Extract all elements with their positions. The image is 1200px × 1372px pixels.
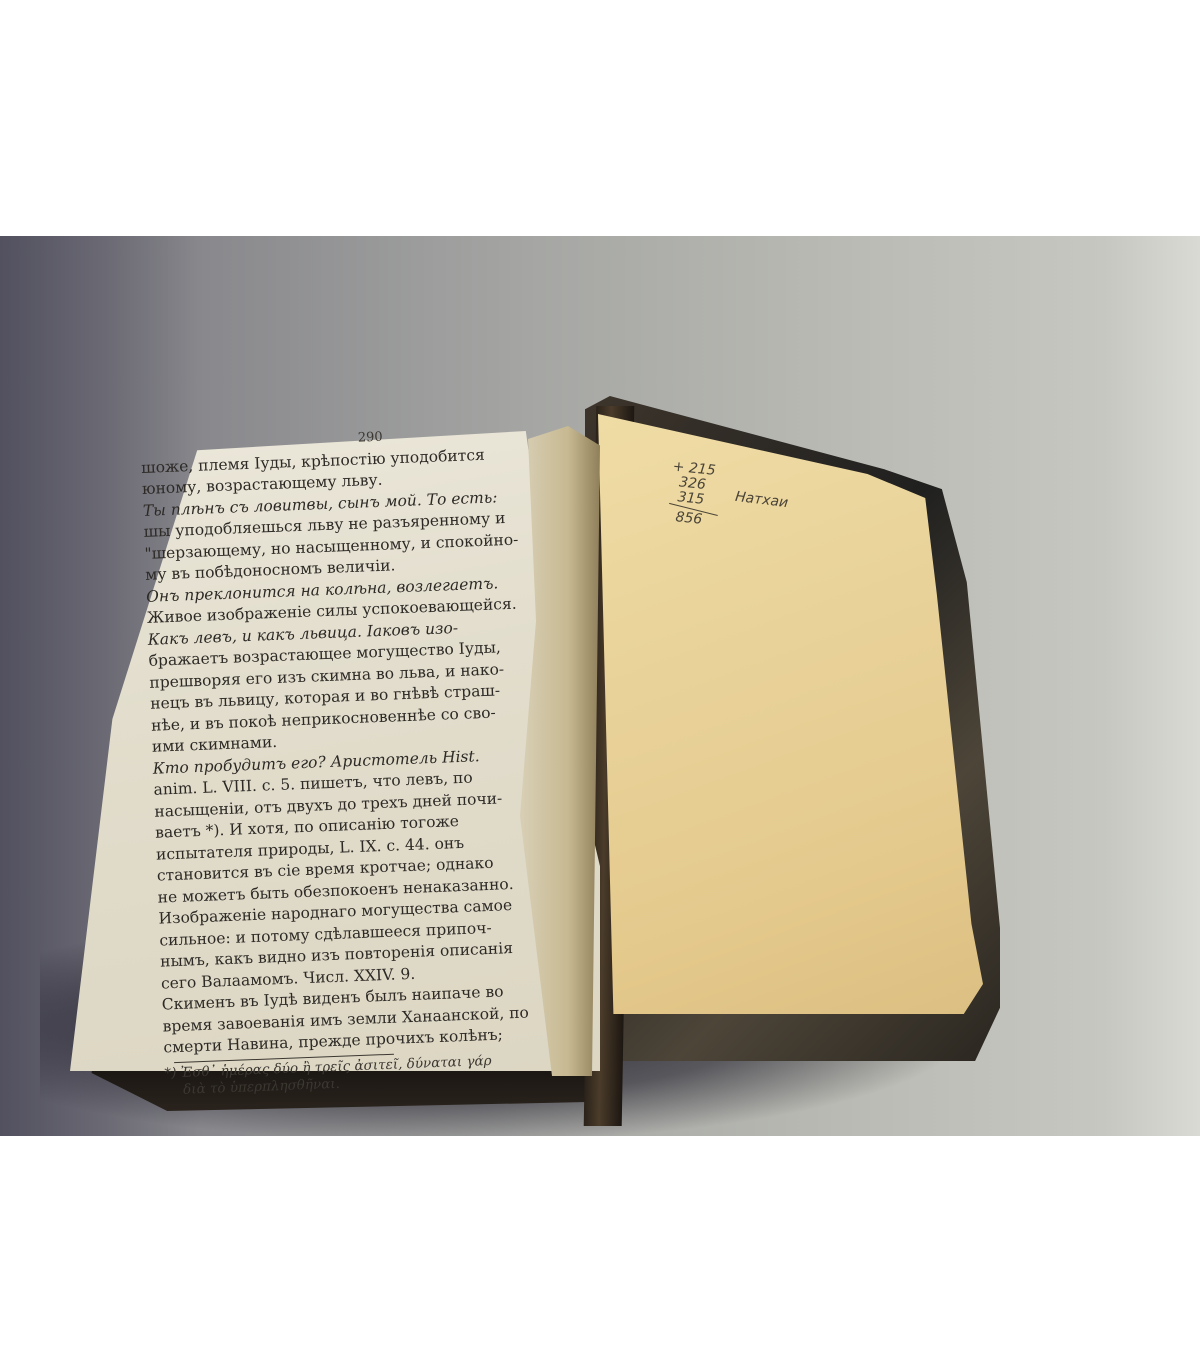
book-photograph: 290 шоже, племя Іуды, крѣпостію уподобит… xyxy=(0,236,1200,1136)
inner-cover-endpaper xyxy=(598,414,983,1014)
handwritten-sum: + 215 326 315 856 xyxy=(667,460,724,530)
left-page-text: 290 шоже, племя Іуды, крѣпостію уподобит… xyxy=(140,420,585,1099)
page-body: шоже, племя Іуды, крѣпостію уподобитсяюн… xyxy=(141,441,584,1059)
